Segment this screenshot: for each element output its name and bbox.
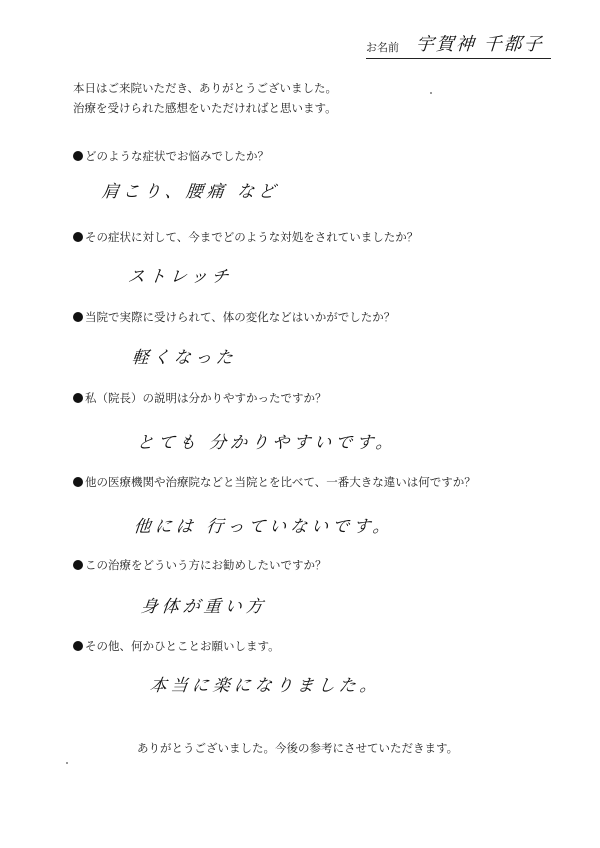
question-text: どのような症状でお悩みでしたか？ [85, 149, 269, 163]
question-7: その他、何かひとことお願いします。 [73, 638, 280, 654]
bullet-icon [73, 151, 83, 161]
bullet-icon [73, 312, 83, 322]
closing-text: ありがとうございました。今後の参考にさせていただきます。 [137, 740, 458, 756]
scan-speck [430, 92, 432, 94]
name-label: お名前 [366, 39, 399, 55]
question-text: この治療をどういう方にお勧めしたいですか？ [85, 558, 327, 572]
answer-4-handwritten: とても 分かりやすいです。 [136, 428, 399, 453]
question-text: 当院で実際に受けられて、体の変化などはいかがでしたか？ [85, 310, 395, 324]
question-4: 私（院長）の説明は分かりやすかったですか？ [73, 390, 327, 406]
bullet-icon [73, 393, 83, 403]
answer-3-handwritten: 軽くなった [131, 343, 239, 368]
answer-6-handwritten: 身体が重い方 [140, 592, 269, 617]
intro-text: 本日はご来院いただき、ありがとうございました。 治療を受けられた感想をいただけれ… [73, 78, 337, 118]
answer-5-handwritten: 他には 行っていないです。 [133, 512, 396, 537]
question-5: 他の医療機関や治療院などと当院とを比べて、一番大きな違いは何ですか？ [73, 474, 476, 490]
answer-1-handwritten: 肩こり、腰痛 など [101, 177, 281, 202]
intro-line-2: 治療を受けられた感想をいただければと思います。 [73, 98, 337, 118]
question-6: この治療をどういう方にお勧めしたいですか？ [73, 557, 327, 573]
question-2: その症状に対して、今までどのような対処をされていましたか？ [73, 229, 418, 245]
bullet-icon [73, 477, 83, 487]
bullet-icon [73, 232, 83, 242]
intro-line-1: 本日はご来院いただき、ありがとうございました。 [73, 78, 337, 98]
answer-2-handwritten: ストレッチ [127, 262, 234, 287]
question-3: 当院で実際に受けられて、体の変化などはいかがでしたか？ [73, 309, 395, 325]
question-text: 私（院長）の説明は分かりやすかったですか？ [85, 391, 327, 405]
name-value-handwritten: 宇賀神 千都子 [415, 30, 545, 56]
scan-speck [66, 762, 68, 764]
name-field: お名前 宇賀神 千都子 [366, 28, 551, 59]
bullet-icon [73, 560, 83, 570]
question-1: どのような症状でお悩みでしたか？ [73, 148, 269, 164]
answer-7-handwritten: 本当に楽になりました。 [149, 671, 383, 696]
question-text: 他の医療機関や治療院などと当院とを比べて、一番大きな違いは何ですか？ [85, 475, 476, 489]
question-text: その他、何かひとことお願いします。 [85, 639, 280, 653]
bullet-icon [73, 641, 83, 651]
question-text: その症状に対して、今までどのような対処をされていましたか？ [85, 230, 418, 244]
